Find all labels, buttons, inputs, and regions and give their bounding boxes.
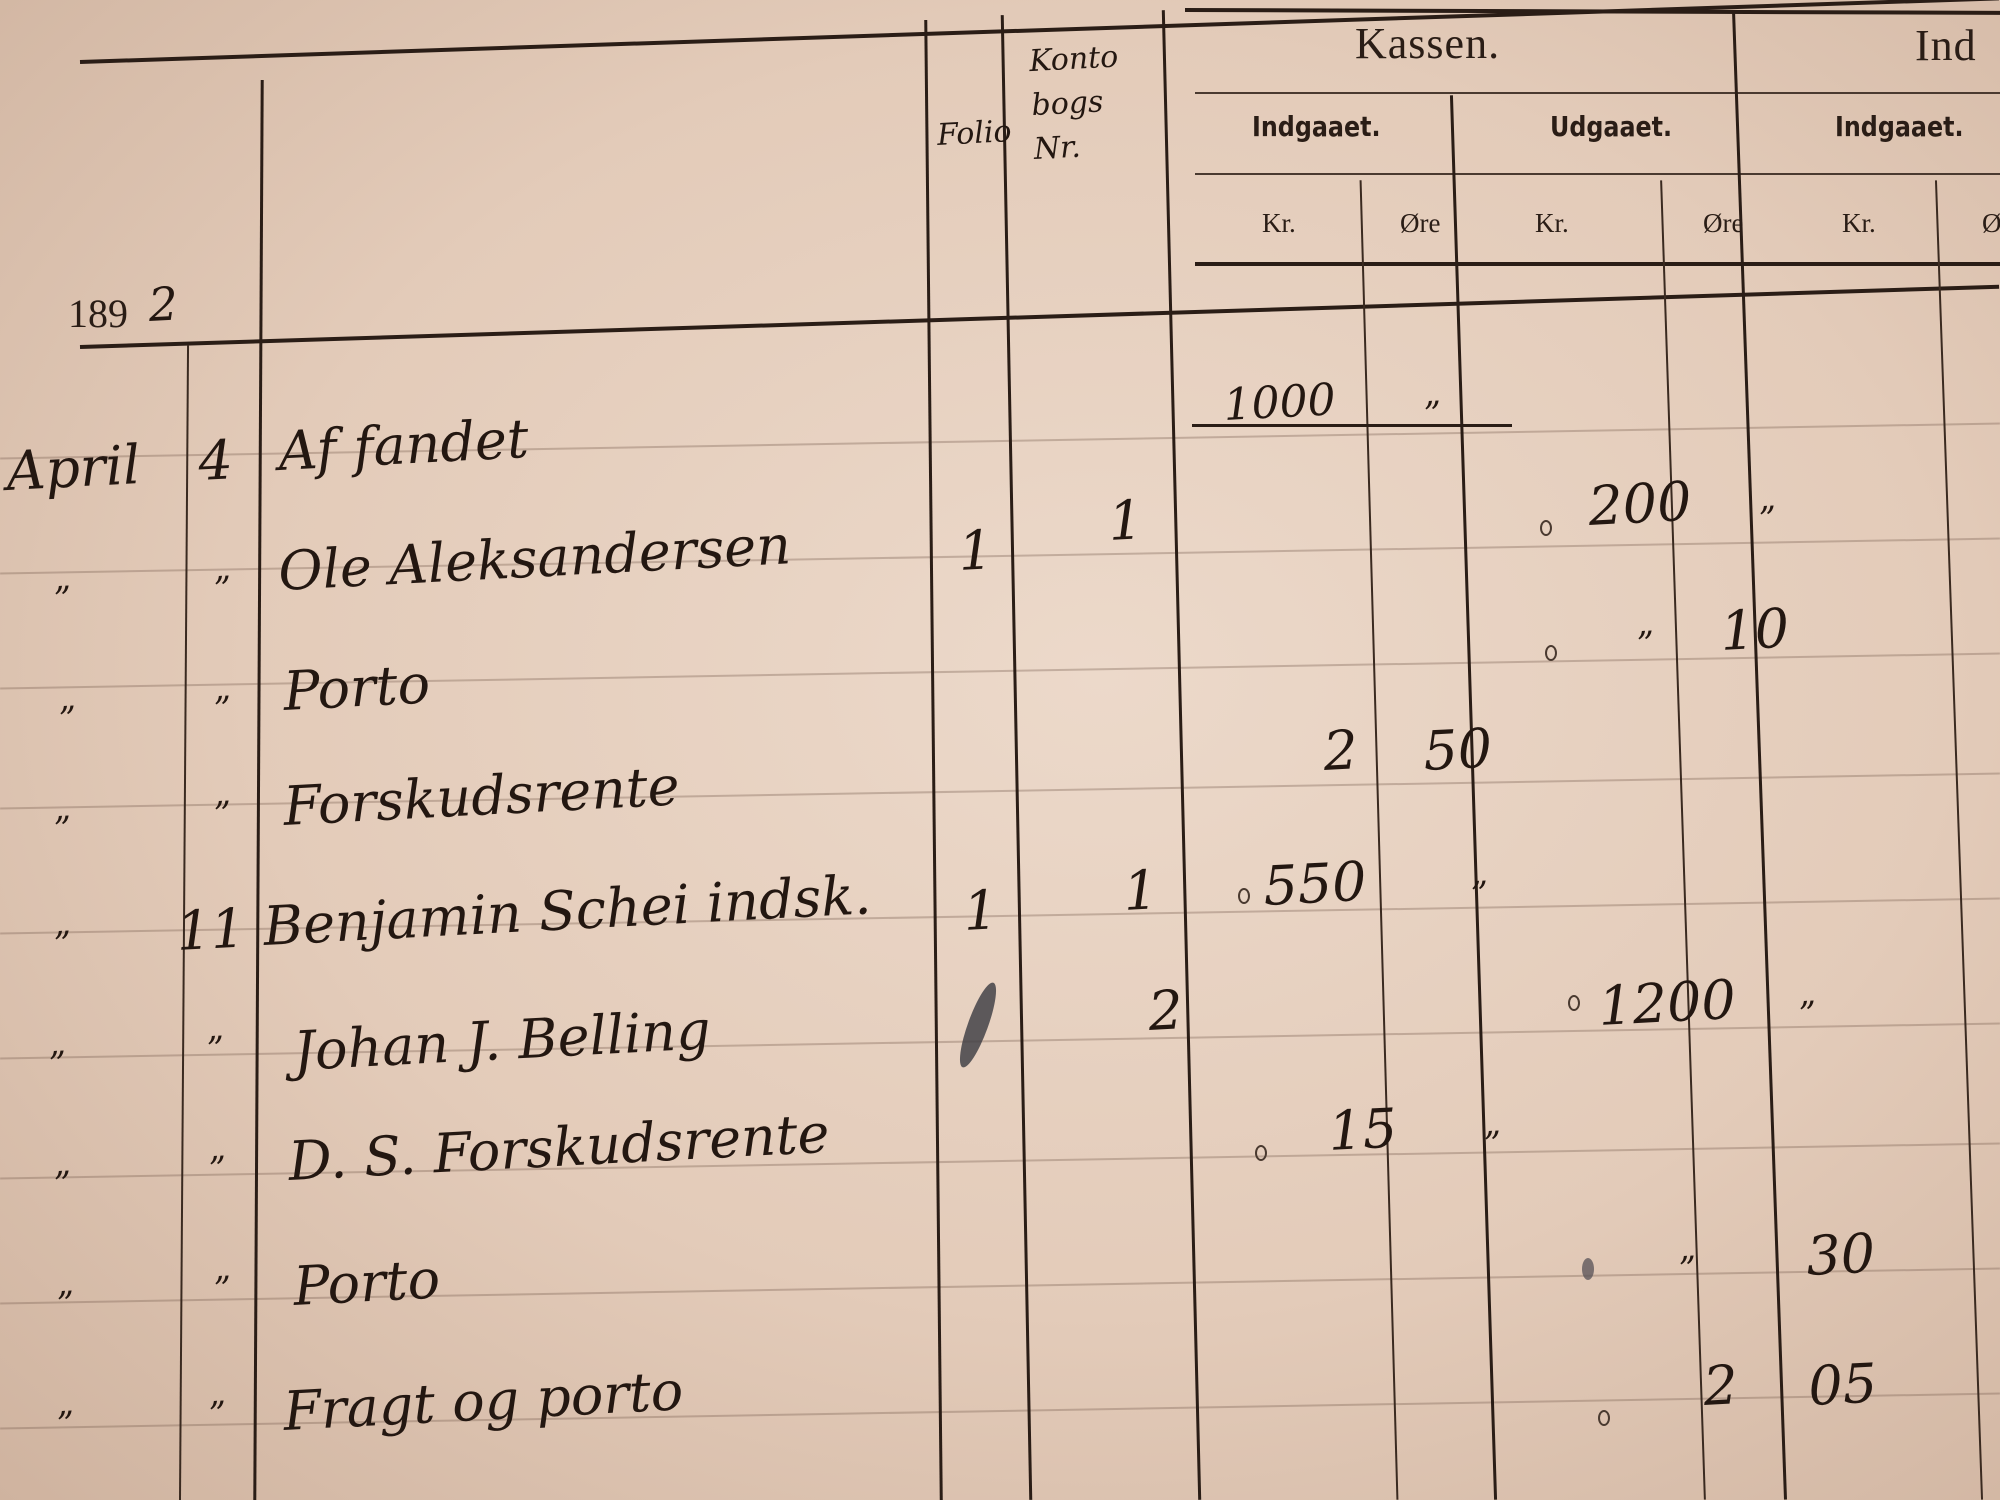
kassen-unit-rule xyxy=(1195,173,2000,175)
folio-column-rule xyxy=(924,20,942,1500)
row-month: ” xyxy=(48,1044,67,1085)
row-out-kr: 2 xyxy=(1702,1353,1740,1418)
tick-mark xyxy=(1540,520,1552,536)
row-out-kr: 200 xyxy=(1587,470,1693,538)
row-out-ore: ” xyxy=(1798,994,1817,1035)
kassen-in-ore-label: Øre xyxy=(1400,208,1440,239)
row-description: Porto xyxy=(292,1247,442,1318)
ink-blot xyxy=(953,979,1003,1070)
ink-blot xyxy=(1582,1258,1594,1280)
row-out-kr: ” xyxy=(1678,1249,1697,1290)
kassen-out-ore-label: Øre xyxy=(1703,208,1743,239)
row-month: ” xyxy=(53,924,72,965)
row-day: ” xyxy=(208,1149,227,1190)
row-day: ” xyxy=(208,1394,227,1435)
next-in-ore-label: Ø xyxy=(1982,208,2000,239)
row-month: ” xyxy=(53,1164,72,1205)
row-out-kr: ” xyxy=(1636,624,1655,665)
konto-column-rule xyxy=(1001,15,1033,1500)
kassen-indgaaet-label: Indgaaet. xyxy=(1252,110,1381,143)
row-folio: 1 xyxy=(962,878,1000,943)
row-konto: 1 xyxy=(1122,858,1160,923)
year-handwritten: 2 xyxy=(147,277,179,332)
row-in-ore: ” xyxy=(1470,874,1489,915)
row-description: Forskudsrente xyxy=(282,754,681,838)
row-day: ” xyxy=(206,1029,225,1070)
row-day: ” xyxy=(213,794,232,835)
row-day: ” xyxy=(213,569,232,610)
header-bottom-rule xyxy=(80,285,1999,349)
year-printed: 189 xyxy=(68,290,128,337)
carry-forward-kr: 1000 xyxy=(1222,374,1337,431)
row-month: ” xyxy=(58,699,77,740)
description-column-rule xyxy=(253,80,263,1500)
next-indgaaet-label: Indgaaet. xyxy=(1835,110,1964,143)
kassen-in-kr-label: Kr. xyxy=(1262,208,1296,239)
row-day: 4 xyxy=(197,428,235,493)
konto-header: KontobogsNr. xyxy=(1028,32,1185,172)
row-in-kr: 15 xyxy=(1327,1096,1399,1163)
row-day: 11 xyxy=(175,896,247,963)
kassen-bottom-rule xyxy=(1195,262,2000,266)
kassen-in-ore-rule xyxy=(1360,180,1399,1500)
row-in-ore: ” xyxy=(1483,1124,1502,1165)
kassen-out-rule xyxy=(1450,95,1497,1499)
row-day: ” xyxy=(213,689,232,730)
row-description: D. S. Forskudsrente xyxy=(287,1102,831,1193)
ledger-page: Kassen. Ind Indgaaet. Udgaaet. Indgaaet.… xyxy=(0,0,2000,1500)
kassen-out-ore-rule xyxy=(1660,180,1706,1499)
tick-mark xyxy=(1238,888,1250,904)
row-description: Porto xyxy=(282,652,432,723)
row-out-ore: ” xyxy=(1758,499,1777,540)
row-day: ” xyxy=(213,1269,232,1310)
row-out-ore: 05 xyxy=(1807,1351,1879,1418)
row-month: ” xyxy=(56,1284,75,1325)
row-month: ” xyxy=(53,809,72,850)
kassen-title: Kassen. xyxy=(1355,18,1500,69)
next-group-ore-rule xyxy=(1935,180,1983,1499)
row-konto: 1 xyxy=(1107,488,1145,553)
row-description: Fragt og porto xyxy=(282,1359,685,1443)
row-out-ore: 30 xyxy=(1805,1221,1877,1288)
row-description: Ole Aleksandersen xyxy=(277,513,793,603)
carry-forward-underline xyxy=(1192,424,1512,427)
row-in-kr: 2 xyxy=(1322,718,1360,783)
tick-mark xyxy=(1545,645,1557,661)
row-description: Johan J. Belling xyxy=(292,998,712,1083)
kassen-out-kr-label: Kr. xyxy=(1535,208,1569,239)
folio-header: Folio xyxy=(936,114,1012,153)
row-month: ” xyxy=(56,1404,75,1445)
row-description: Benjamin Schei indsk. xyxy=(262,863,873,958)
tick-mark xyxy=(1598,1410,1610,1426)
next-in-kr-label: Kr. xyxy=(1842,208,1876,239)
carry-forward-ore: ” xyxy=(1423,394,1442,435)
kassen-udgaaet-label: Udgaaet. xyxy=(1550,110,1672,143)
kassen-left-rule xyxy=(1162,10,1201,1500)
row-folio: 1 xyxy=(957,518,995,583)
row-in-ore: 50 xyxy=(1422,716,1494,783)
next-group-title: Ind xyxy=(1915,20,1977,71)
tick-mark xyxy=(1568,995,1580,1011)
row-in-kr: 550 xyxy=(1262,850,1368,918)
row-out-ore: 10 xyxy=(1719,596,1791,663)
row-description: Af fandet xyxy=(277,407,530,483)
kassen-subheader-rule xyxy=(1195,92,2000,94)
row-out-kr: 1200 xyxy=(1597,968,1738,1038)
tick-mark xyxy=(1255,1145,1267,1161)
row-konto: 2 xyxy=(1147,978,1185,1043)
row-month: ” xyxy=(53,579,72,620)
row-month: April xyxy=(5,433,142,503)
